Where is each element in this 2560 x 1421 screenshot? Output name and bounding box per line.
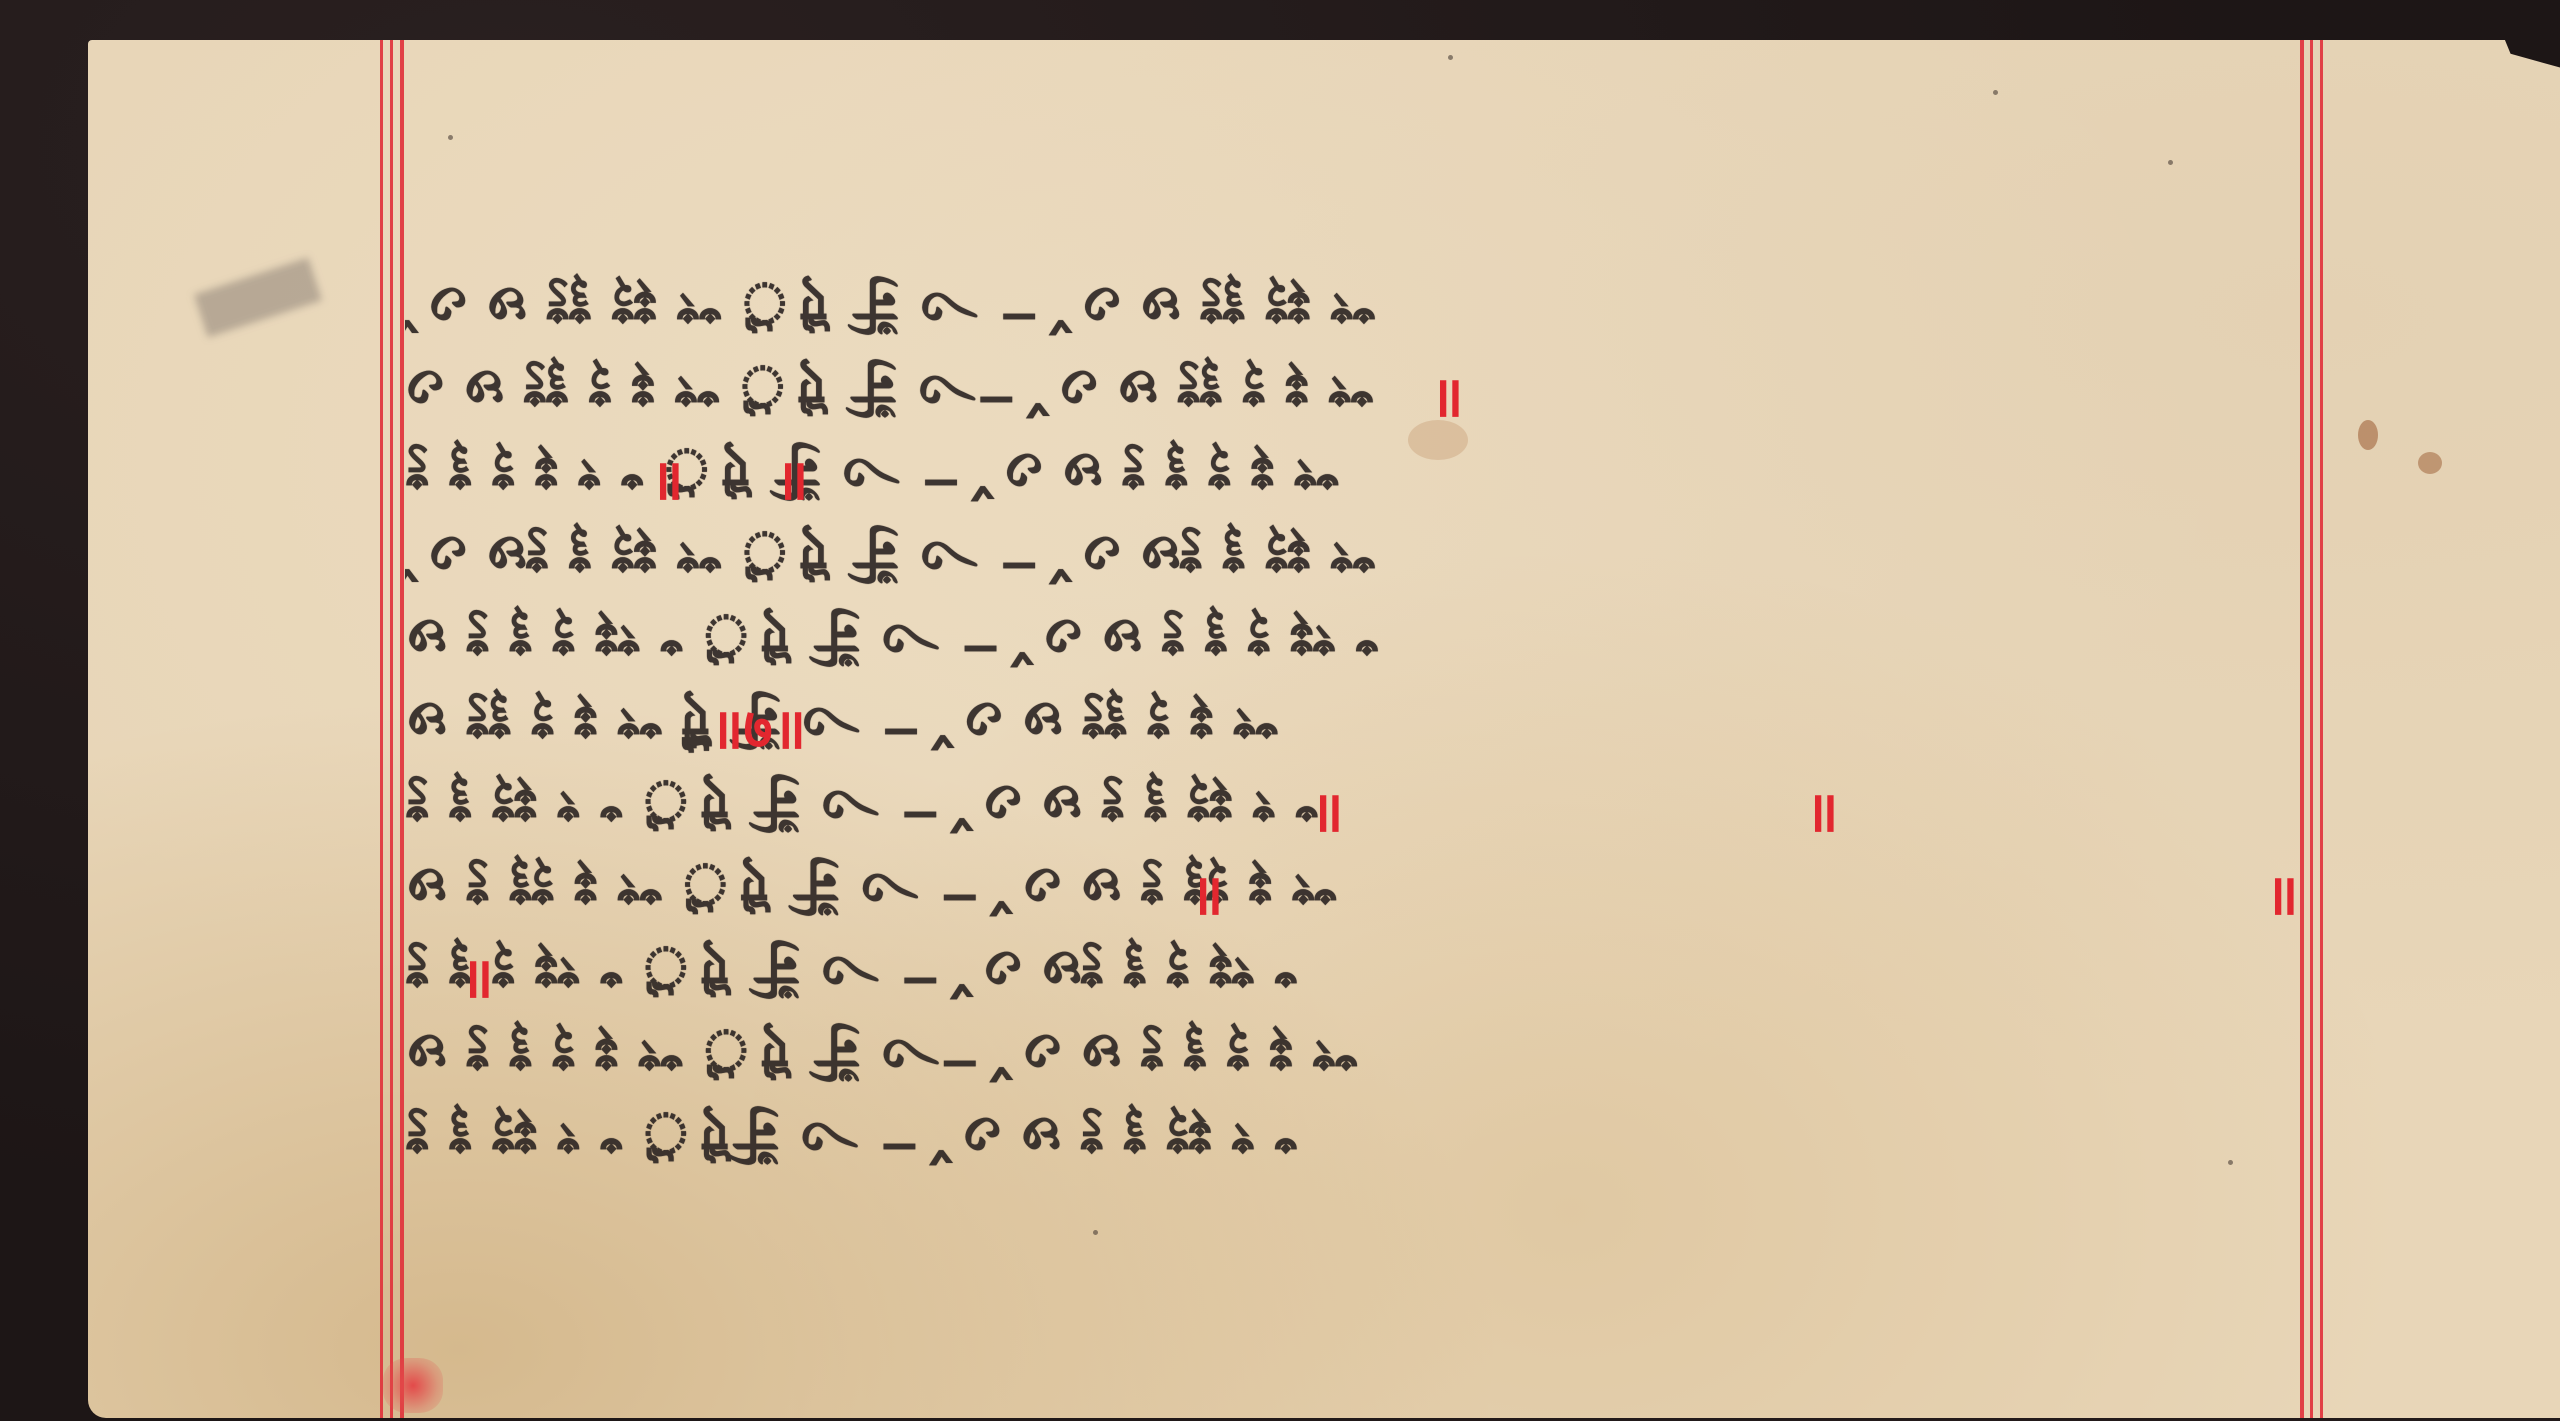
line-text: ꣲ ꣳꣴ ꣵ ꣶ ꣷ꣸ ꣹ ꣺ ꣻ ꣼ ꣽ ꣾ ꣿ ꣲ ꣳꣴ ꣵ ꣶ ꣷ — [405, 933, 1296, 1001]
manuscript-line: ꣲꣳ ꣴ ꣵ ꣶ ꣷ ꣸ ꣹ ꣺ ꣻ꣼ ꣽ ꣾ ꣿ ꣲꣳ ꣴ ꣵ ꣶ ꣷ ꣸ — [405, 1009, 2297, 1092]
right-margin-rule — [2320, 40, 2323, 1418]
red-danda-mark: ॥ — [650, 440, 684, 511]
ink-smudge — [194, 258, 322, 338]
line-text: ꣲꣳ ꣴ ꣵ ꣶꣷ ꣸ ꣹ ꣺ ꣻ꣼ ꣽ ꣾ ꣿ ꣲꣳ ꣴ ꣵ ꣶꣷ ꣸ ꣹ — [405, 352, 1372, 420]
red-danda-mark: ॥ — [460, 938, 494, 1009]
manuscript-line: ꣲ ꣳꣴ ꣵ ꣶ ꣷ ꣸ ꣹ ꣺ ꣻ ꣼ ꣽ ꣾ ꣿ ꣲ ꣳꣴ ꣵ ꣶ ꣷ ꣸ — [405, 594, 2297, 677]
manuscript-text-block: ꣲꣳ ꣴꣵ ꣶꣷ ꣸ ꣹ ꣺ ꣻ ꣼ ꣽ ꣾ ꣿ ꣲꣳ ꣴꣵ ꣶꣷ ꣸ ꣹ ꣺ … — [405, 262, 2297, 1175]
red-verse-number-mark: ॥७॥ — [710, 689, 806, 760]
paper-stain — [2418, 452, 2442, 474]
line-text: ꣲ ꣳ ꣴꣵ ꣶ ꣷ ꣸ ꣹ ꣺ ꣻ ꣼ ꣽ ꣾ ꣿ ꣲ ꣳ ꣴꣵ ꣶ ꣷ — [405, 767, 1317, 835]
left-margin-rule — [380, 40, 383, 1418]
manuscript-line: ꣲꣳ ꣴ ꣵ ꣶꣷ ꣸ ꣹ ꣺ ꣻ꣼ ꣽ ꣾ ꣿ ꣲꣳ ꣴ ꣵ ꣶꣷ ꣸ ꣹॥ — [405, 345, 2297, 428]
red-danda-mark: ॥ — [1430, 357, 1464, 428]
paper-speck — [1448, 55, 1453, 60]
manuscript-line: ꣲ ꣳꣴ ꣵ ꣶ ꣷ꣸ ꣹ ꣺ ꣻ ꣼ ꣽ ꣾ ꣿ ꣲ ꣳꣴ ꣵ ꣶ ꣷ॥ — [405, 926, 2297, 1009]
line-text: ꣲꣳ ꣴ ꣵ ꣶ ꣷ ꣸ ꣹ ꣺ ꣻ꣼ ꣽ ꣾ ꣿ ꣲꣳ ꣴ ꣵ ꣶ ꣷ ꣸ — [405, 1016, 1356, 1084]
manuscript-line: ꣲꣳ ꣴ ꣵ ꣶ ꣷ ꣸ ꣹ ꣺ ꣻ ꣼ ꣽ ꣾ ꣿ ꣲ ꣳ ꣴ ꣵ ꣶ ꣷ॥॥ — [405, 428, 2297, 511]
paper-speck — [2168, 160, 2173, 165]
manuscript-line: ꣲꣳ ꣴ ꣵ ꣶꣷ ꣸ ꣹ ꣺ ꣻ ꣼ ꣽ ꣾꣿ ꣲꣳ ꣴ ꣵ ꣶꣷ ꣸॥७॥ — [405, 677, 2297, 760]
red-danda-mark: ॥ — [775, 440, 809, 511]
manuscript-line: ꣲ ꣳ ꣴꣵ ꣶ ꣷ ꣸ ꣹ ꣺ ꣻ ꣼ ꣽ ꣾ ꣿ ꣲ ꣳ ꣴꣵ ꣶ ꣷ॥॥ — [405, 760, 2297, 843]
red-danda-mark: ॥ — [1190, 855, 1224, 926]
manuscript-line: ꣲꣳ ꣴ ꣵꣶ ꣷ ꣸ ꣹ ꣺ ꣻ ꣼ ꣽ ꣾ ꣿ ꣲꣳ ꣴ ꣵꣶ ꣷ ꣸॥॥ — [405, 843, 2297, 926]
red-ink-blot — [383, 1358, 443, 1413]
manuscript-line: ꣲꣳ ꣴꣵ ꣶꣷ ꣸ ꣹ ꣺ ꣻ ꣼ ꣽ ꣾ ꣿ ꣲꣳ ꣴꣵ ꣶꣷ ꣸ ꣹ ꣺ — [405, 262, 2297, 345]
red-danda-mark: ॥ — [1310, 772, 1344, 843]
line-text: ꣲꣳ ꣴꣵ ꣶ ꣷ꣸ ꣹ ꣺ ꣻ ꣼ ꣽ ꣾ ꣿ ꣲꣳ ꣴꣵ ꣶ ꣷ꣸ ꣹ ꣺ — [405, 518, 1374, 586]
left-margin-rule — [400, 40, 404, 1418]
line-text: ꣲ ꣳꣴ ꣵ ꣶ ꣷ ꣸ ꣹ ꣺ ꣻ ꣼ ꣽ ꣾ ꣿ ꣲ ꣳꣴ ꣵ ꣶ ꣷ ꣸ — [405, 601, 1377, 669]
paper-speck — [1993, 90, 1998, 95]
paper-stain — [2358, 420, 2378, 450]
line-text: ꣲꣳ ꣴ ꣵ ꣶ ꣷ ꣸ ꣹ ꣺ ꣻ ꣼ ꣽ ꣾ ꣿ ꣲ ꣳ ꣴ ꣵ ꣶ ꣷ — [405, 435, 1338, 503]
red-danda-mark: ॥ — [1805, 772, 1839, 843]
right-margin-rule — [2300, 40, 2304, 1418]
line-text: ꣲꣳ ꣴꣵ ꣶꣷ ꣸ ꣹ ꣺ ꣻ ꣼ ꣽ ꣾ ꣿ ꣲꣳ ꣴꣵ ꣶꣷ ꣸ ꣹ ꣺ — [405, 269, 1374, 337]
line-text: ꣲ ꣳ ꣴꣵ ꣶ ꣷ ꣸ ꣹ ꣺ ꣻ ꣼ ꣽꣾ ꣿ ꣲ ꣳ ꣴꣵ ꣶ ꣷ — [405, 1099, 1296, 1167]
manuscript-line: ꣲ ꣳ ꣴꣵ ꣶ ꣷ ꣸ ꣹ ꣺ ꣻ ꣼ ꣽꣾ ꣿ ꣲ ꣳ ꣴꣵ ꣶ ꣷ — [405, 1092, 2297, 1175]
red-danda-mark: ॥ — [2265, 855, 2297, 926]
right-margin-rule — [2310, 40, 2313, 1418]
left-margin-rule — [390, 40, 393, 1418]
manuscript-line: ꣲꣳ ꣴꣵ ꣶ ꣷ꣸ ꣹ ꣺ ꣻ ꣼ ꣽ ꣾ ꣿ ꣲꣳ ꣴꣵ ꣶ ꣷ꣸ ꣹ ꣺ — [405, 511, 2297, 594]
paper-speck — [1093, 1230, 1098, 1235]
line-text: ꣲꣳ ꣴ ꣵ ꣶꣷ ꣸ ꣹ ꣺ ꣻ ꣼ ꣽ ꣾꣿ ꣲꣳ ꣴ ꣵ ꣶꣷ ꣸ — [405, 684, 1277, 752]
paper-speck — [448, 135, 453, 140]
